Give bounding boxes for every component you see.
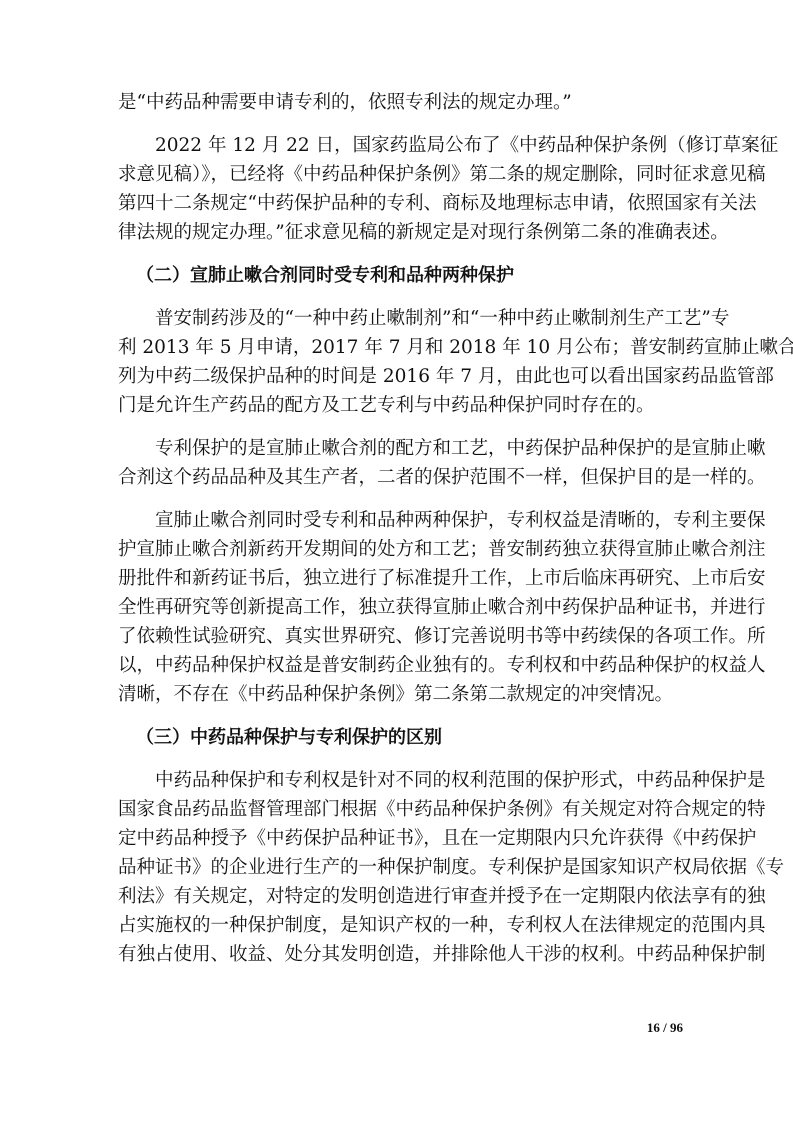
text-line: 列为中药二级保护品种的时间是 2016 年 7 月，由此也可以看出国家药品监管部: [118, 362, 680, 391]
text-line: 律法规的规定办理。”征求意见稿的新规定是对现行条例第二条的准确表述。: [118, 218, 680, 247]
text-line: 利法》有关规定，对特定的发明创造进行审查并授予在一定期限内依法享有的独: [118, 882, 680, 911]
text-line: 求意见稿）》，已经将《中药品种保护条例》第二条的规定删除，同时征求意见稿: [118, 160, 680, 189]
text-line: 全性再研究等创新提高工作，独立获得宣肺止嗽合剂中药保护品种证书，并进行: [118, 593, 680, 622]
text-line: 册批件和新药证书后，独立进行了标准提升工作，上市后临床再研究、上市后安: [118, 564, 680, 593]
page-number: 16 / 96: [647, 1020, 683, 1036]
paragraph-differences: 中药品种保护和专利权是针对不同的权利范围的保护形式，中药品种保护是 国家食品药品…: [118, 766, 680, 969]
text-line: 占实施权的一种保护制度，是知识产权的一种，专利权人在法律规定的范围内具: [118, 911, 680, 940]
paragraph-rights-clarity: 宣肺止嗽合剂同时受专利和品种两种保护，专利权益是清晰的，专利主要保 护宣肺止嗽合…: [118, 506, 680, 709]
text-line: 以，中药品种保护权益是普安制药企业独有的。专利权和中药品种保护的权益人: [118, 651, 680, 680]
text-line: 中药品种保护和专利权是针对不同的权利范围的保护形式，中药品种保护是: [118, 766, 680, 795]
text-line: 2022 年 12 月 22 日，国家药监局公布了《中药品种保护条例（修订草案征: [118, 131, 680, 160]
text-line: 普安制药涉及的“一种中药止嗽制剂”和“一种中药止嗽制剂生产工艺”专: [118, 304, 680, 333]
text-line: 品种证书》的企业进行生产的一种保护制度。专利保护是国家知识产权局依据《专: [118, 853, 680, 882]
text-line: 定中药品种授予《中药保护品种证书》，且在一定期限内只允许获得《中药保护: [118, 824, 680, 853]
paragraph-continuation: 是“中药品种需要申请专利的，依照专利法的规定办理。”: [118, 88, 680, 117]
text-line: 合剂这个药品品种及其生产者，二者的保护范围不一样，但保护目的是一样的。: [118, 463, 680, 492]
text-line: 是“中药品种需要申请专利的，依照专利法的规定办理。”: [118, 88, 680, 117]
section-heading-3: （三）中药品种保护与专利保护的区别: [118, 723, 680, 752]
text-line: 利 2013 年 5 月申请，2017 年 7 月和 2018 年 10 月公布…: [118, 333, 680, 362]
section-heading-2: （二）宣肺止嗽合剂同时受专利和品种两种保护: [118, 261, 680, 290]
text-line: 有独占使用、收益、处分其发明创造，并排除他人干涉的权利。中药品种保护制: [118, 940, 680, 969]
text-line: 第四十二条规定“中药保护品种的专利、商标及地理标志申请，依照国家有关法: [118, 189, 680, 218]
text-line: 护宣肺止嗽合剂新药开发期间的处方和工艺；普安制药独立获得宣肺止嗽合剂注: [118, 535, 680, 564]
text-line: 专利保护的是宣肺止嗽合剂的配方和工艺，中药保护品种保护的是宣肺止嗽: [118, 434, 680, 463]
text-line: 国家食品药品监督管理部门根据《中药品种保护条例》有关规定对符合规定的特: [118, 795, 680, 824]
text-line: 宣肺止嗽合剂同时受专利和品种两种保护，专利权益是清晰的，专利主要保: [118, 506, 680, 535]
paragraph-patent-dates: 普安制药涉及的“一种中药止嗽制剂”和“一种中药止嗽制剂生产工艺”专 利 2013…: [118, 304, 680, 420]
paragraph-draft-regulation: 2022 年 12 月 22 日，国家药监局公布了《中药品种保护条例（修订草案征…: [118, 131, 680, 247]
text-line: 门是允许生产药品的配方及工艺专利与中药品种保护同时存在的。: [118, 391, 680, 420]
text-line: 清晰，不存在《中药品种保护条例》第二条第二款规定的冲突情况。: [118, 680, 680, 709]
text-line: 了依赖性试验研究、真实世界研究、修订完善说明书等中药续保的各项工作。所: [118, 622, 680, 651]
document-page: 是“中药品种需要申请专利的，依照专利法的规定办理。” 2022 年 12 月 2…: [118, 88, 680, 983]
paragraph-protection-scope: 专利保护的是宣肺止嗽合剂的配方和工艺，中药保护品种保护的是宣肺止嗽 合剂这个药品…: [118, 434, 680, 492]
